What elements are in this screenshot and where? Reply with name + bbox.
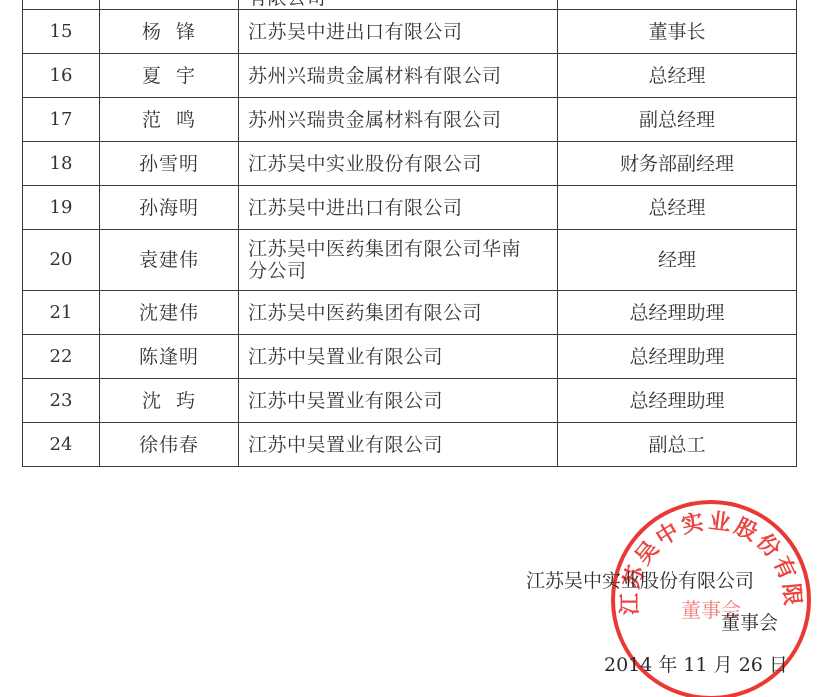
table-row: 22 陈逢明 江苏中吴置业有限公司 总经理助理: [23, 335, 797, 379]
signature-company: 江苏吴中实业股份有限公司: [526, 566, 831, 593]
cell-position: 经理: [558, 230, 797, 291]
cell-no: 16: [23, 54, 100, 98]
cell-company: 江苏中吴置业有限公司: [239, 379, 558, 423]
cell-name: 孙海明: [100, 186, 239, 230]
cell-company: 江苏吴中医药集团有限公司: [239, 291, 558, 335]
table-row: 23 沈 玙 江苏中吴置业有限公司 总经理助理: [23, 379, 797, 423]
cell-name: 沈建伟: [100, 291, 239, 335]
cell-no: 20: [23, 230, 100, 291]
cell-company: 江苏中吴置业有限公司: [239, 335, 558, 379]
table-row: 17 范 鸣 苏州兴瑞贵金属材料有限公司 副总经理: [23, 98, 797, 142]
cell-no: 23: [23, 379, 100, 423]
cell-company: 苏州兴瑞贵金属材料有限公司: [239, 54, 558, 98]
table-row: 24 徐伟春 江苏中吴置业有限公司 副总工: [23, 423, 797, 467]
cell-name: 范 鸣: [100, 98, 239, 142]
seal-arc-text: 江苏吴中实业股份有限公司: [608, 497, 806, 615]
cell-position: 总经理: [558, 186, 797, 230]
cell-position: 财务部副经理: [558, 142, 797, 186]
cell-no: [23, 0, 100, 10]
cell-company: 江苏吴中医药集团有限公司华南分公司: [239, 230, 558, 291]
cell-company: 江苏吴中进出口有限公司: [239, 10, 558, 54]
cell-name: 沈 玙: [100, 379, 239, 423]
cell-name: 袁建伟: [100, 230, 239, 291]
cell-no: 19: [23, 186, 100, 230]
svg-text:江苏吴中实业股份有限公司: 江苏吴中实业股份有限公司: [608, 497, 806, 615]
cell-company: 江苏吴中实业股份有限公司: [239, 142, 558, 186]
cell-company: 苏州兴瑞贵金属材料有限公司: [239, 98, 558, 142]
cell-name: 夏 宇: [100, 54, 239, 98]
table-row: 20 袁建伟 江苏吴中医药集团有限公司华南分公司 经理: [23, 230, 797, 291]
table-row: 19 孙海明 江苏吴中进出口有限公司 总经理: [23, 186, 797, 230]
cell-company: 江苏吴中进出口有限公司: [239, 186, 558, 230]
cell-position: [558, 0, 797, 10]
cell-position: 总经理助理: [558, 335, 797, 379]
cell-no: 17: [23, 98, 100, 142]
cell-position: 总经理助理: [558, 291, 797, 335]
cell-position: 总经理: [558, 54, 797, 98]
cell-position: 副总经理: [558, 98, 797, 142]
table-row: 21 沈建伟 江苏吴中医药集团有限公司 总经理助理: [23, 291, 797, 335]
cell-company: 江苏中吴置业有限公司: [239, 423, 558, 467]
cell-no: 22: [23, 335, 100, 379]
signature-board: 董事会: [721, 608, 831, 635]
table-row-partial: 有限公司: [23, 0, 797, 10]
cell-position: 副总工: [558, 423, 797, 467]
cell-name: 徐伟春: [100, 423, 239, 467]
personnel-table: 有限公司 15 杨 锋 江苏吴中进出口有限公司 董事长 16 夏 宇 苏州兴瑞贵…: [22, 0, 797, 467]
cell-name: [100, 0, 239, 10]
cell-no: 21: [23, 291, 100, 335]
cell-company: 有限公司: [239, 0, 558, 10]
cell-position: 董事长: [558, 10, 797, 54]
table-row: 18 孙雪明 江苏吴中实业股份有限公司 财务部副经理: [23, 142, 797, 186]
cell-no: 15: [23, 10, 100, 54]
cell-name: 杨 锋: [100, 10, 239, 54]
cell-position: 总经理助理: [558, 379, 797, 423]
table-row: 16 夏 宇 苏州兴瑞贵金属材料有限公司 总经理: [23, 54, 797, 98]
table-row: 15 杨 锋 江苏吴中进出口有限公司 董事长: [23, 10, 797, 54]
cell-name: 孙雪明: [100, 142, 239, 186]
cell-no: 18: [23, 142, 100, 186]
signature-date: 2014 年 11 月 26 日: [604, 650, 831, 677]
cell-no: 24: [23, 423, 100, 467]
cell-name: 陈逢明: [100, 335, 239, 379]
